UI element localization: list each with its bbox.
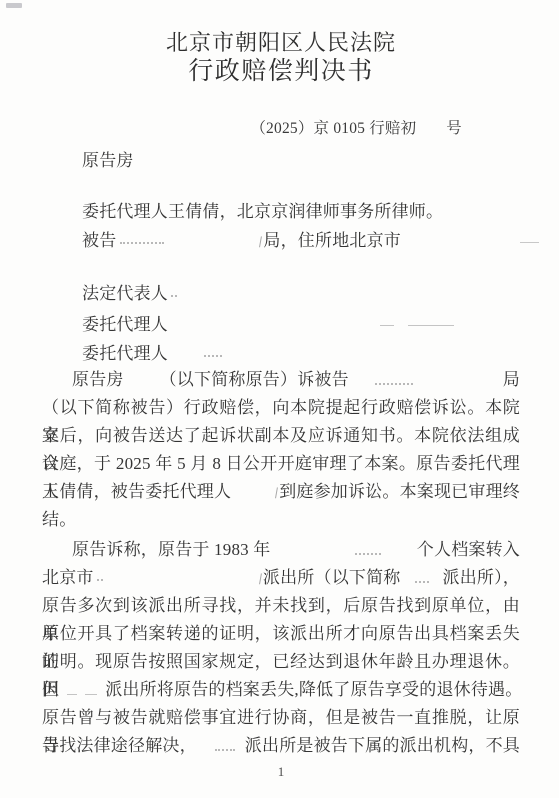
defendant-agent-line-1: 委托代理人 (42, 311, 559, 339)
body-line: 王倩倩，被告委托代理人 到庭参加诉讼。本案现已审理终 (42, 478, 520, 506)
redaction-dots (215, 746, 235, 751)
redaction-gap (401, 578, 443, 583)
court-name: 北京市朝阳区人民法院 (42, 28, 520, 58)
body-line: 证明。现原告按照国家规定，已经达到退休年龄且办理退休。但 (42, 648, 520, 676)
redaction-gap (59, 694, 105, 695)
redaction-dash (408, 325, 454, 326)
redaction-gap (349, 380, 503, 385)
redaction-partial-glyph (255, 572, 262, 584)
redaction-dash (380, 325, 394, 326)
defendant-agent-line-2: 委托代理人 (42, 340, 559, 368)
document-title: 行政赔偿判决书 (42, 56, 520, 88)
redaction-dash (85, 694, 97, 695)
body-text: 局 (503, 366, 520, 394)
redaction-dash (67, 694, 77, 695)
agent-label: 委托代理人 (82, 311, 168, 339)
body-line: 北京市 派出所（以下简称 派出所）， (42, 564, 520, 592)
body-line: 单位开具了档案转递的证明，该派出所才向原告出具档案丢失的 (42, 620, 520, 648)
body-line: 案后，向被告送达了起诉状副本及应诉通知书。本院依法组成合 (42, 422, 520, 450)
body-text: 寻找法律途径解决， (42, 732, 197, 760)
case-number-prefix: （2025）京 0105 行赔初 (250, 120, 416, 137)
redaction-dot (97, 576, 103, 581)
redaction-dots (204, 352, 222, 357)
case-number-line: （2025）京 0105 行赔初号 (42, 117, 520, 141)
body-text: 到庭参加诉讼。本案现已审理终 (279, 478, 520, 506)
redaction-dots (415, 578, 429, 583)
body-line: 原告房 （以下简称原告）诉被告 局 (42, 366, 520, 394)
redaction-partial-glyph (271, 486, 278, 498)
body-text: 个人档案转入 (417, 536, 520, 564)
case-number-suffix: 号 (446, 120, 462, 137)
redaction-gap (271, 550, 417, 555)
redaction-dots (375, 380, 413, 385)
plaintiff-agent-line: 委托代理人王倩倩，北京京润律师事务所律师。 (42, 198, 559, 226)
body-line: 因 派出所将原告的档案丢失,降低了原告享受的退休待遇。 (42, 676, 520, 704)
body-text: （以下简称原告）诉被告 (160, 366, 349, 394)
plaintiff-line: 原告房 (42, 147, 559, 175)
body-text: 派出所）， (443, 564, 521, 592)
body-text: 北京市 (42, 564, 94, 592)
body-text: 因 (42, 676, 59, 704)
judgment-document-page: 北京市朝阳区人民法院 行政赔偿判决书 （2025）京 0105 行赔初号 原告房… (0, 0, 559, 798)
body-text: 派出所将原告的档案丢失,降低了原告享受的退休待遇。 (105, 676, 522, 704)
body-line: 结。 (42, 506, 520, 534)
body-text: 王倩倩，被告委托代理人 (42, 478, 231, 506)
body-line: 原告多次到该派出所寻找，并未找到，后原告找到原单位，由原 (42, 592, 520, 620)
body-text: 派出所（以下简称 (263, 564, 401, 592)
body-text: 原告诉称，原告于 1983 年 (72, 536, 271, 564)
body-line: 议庭，于 2025 年 5 月 8 日公开开庭审理了本案。原告委托代理人 (42, 450, 520, 478)
page-number: 1 (42, 762, 520, 782)
redaction-dots (355, 550, 381, 555)
defendant-suffix-text: 局，住所地北京市 (263, 227, 401, 255)
agent-label: 委托代理人 (82, 340, 168, 368)
legal-rep-line: 法定代表人 (42, 280, 559, 308)
scan-artifact-corner (6, 3, 22, 8)
defendant-line: 被告 局，住所地北京市 (42, 227, 559, 255)
body-text: 原告房 (72, 366, 124, 394)
redaction-partial-glyph (255, 235, 262, 247)
body-text: 派出所是被告下属的派出机构，不具 (245, 732, 520, 760)
legal-rep-label: 法定代表人 (82, 280, 168, 308)
defendant-label: 被告 (82, 227, 116, 255)
redaction-gap (197, 746, 245, 751)
body-line: （以下简称被告）行政赔偿，向本院提起行政赔偿诉讼。本院立 (42, 394, 520, 422)
body-line: 寻找法律途径解决， 派出所是被告下属的派出机构，不具 (42, 732, 520, 760)
body-line: 原告诉称，原告于 1983 年 个人档案转入 (42, 536, 520, 564)
redaction-dot (171, 292, 177, 297)
body-line: 原告曾与被告就赔偿事宜进行协商，但是被告一直推脱，让原告 (42, 704, 520, 732)
redaction-dots (120, 239, 164, 244)
